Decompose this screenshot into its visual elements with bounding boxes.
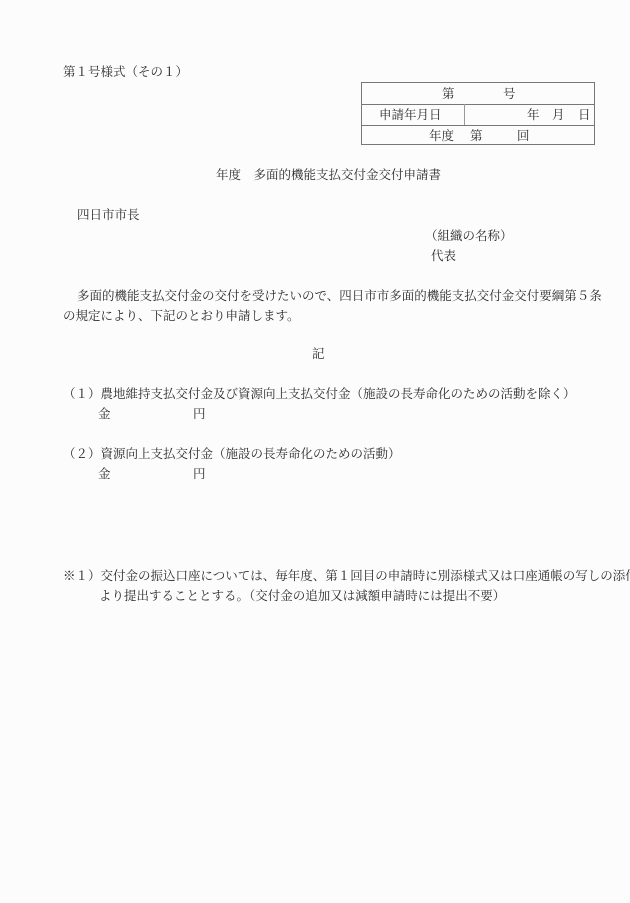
date-month-label: 月 [552, 107, 565, 122]
body-text-line-1: 多面的機能支払交付金の交付を受けたいので、四日市市多面的機能支払交付金交付要綱第… [77, 288, 602, 304]
amount-prefix: 金 [98, 406, 111, 421]
amount-suffix: 円 [193, 466, 206, 482]
date-day-label: 日 [578, 107, 591, 122]
note-line-2: より提出することとする。（交付金の追加又は減額申請時には提出不要） [99, 588, 505, 604]
receipt-box: 第 号 申請年月日 年 月 日 年度 第 回 [361, 82, 595, 145]
application-date-row: 申請年月日 年 月 日 [362, 104, 594, 126]
application-date-label: 申請年月日 [379, 107, 442, 122]
form-number: 第１号様式（その１） [63, 64, 188, 80]
body-text-line-2: の規定により、下記のとおり申請します。 [63, 308, 300, 324]
item-1-label: （１）農地維持支払交付金及び資源向上支払交付金（施設の長寿命化のための活動を除く… [63, 386, 576, 402]
organization-name-label: （組織の名称） [425, 228, 513, 244]
item-1-amount: 金 円 [98, 406, 111, 422]
round-prefix: 第 [470, 128, 483, 143]
fiscal-year-label: 年度 [429, 128, 454, 143]
receipt-number-suffix: 号 [503, 86, 516, 101]
cell-divider [464, 104, 465, 125]
representative-label: 代表 [431, 248, 456, 264]
document-title: 年度 多面的機能支払交付金交付申請書 [216, 167, 441, 183]
receipt-number-row: 第 号 [362, 83, 594, 105]
amount-suffix: 円 [193, 406, 206, 422]
ki-heading: 記 [312, 346, 325, 362]
addressee: 四日市市長 [77, 207, 140, 223]
receipt-number-prefix: 第 [442, 86, 455, 101]
item-2-label: （２）資源向上支払交付金（施設の長寿命化のための活動） [63, 446, 401, 462]
round-suffix: 回 [517, 128, 530, 143]
item-2-amount: 金 円 [98, 466, 111, 482]
amount-prefix: 金 [98, 466, 111, 481]
fiscal-round-row: 年度 第 回 [362, 125, 594, 145]
date-year-label: 年 [527, 107, 540, 122]
note-line-1: ※１）交付金の振込口座については、毎年度、第１回目の申請時に別添様式又は口座通帳… [63, 568, 630, 584]
